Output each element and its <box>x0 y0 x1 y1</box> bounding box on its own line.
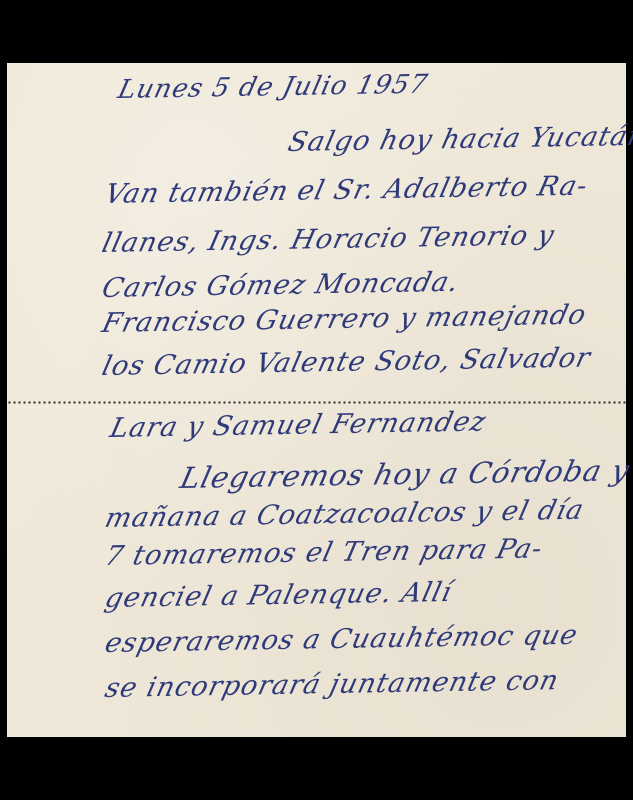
handwritten-line-10: mañana a Coatzacoalcos y el día <box>102 495 587 534</box>
handwritten-line-13: esperaremos a Cuauhtémoc que <box>102 620 581 659</box>
handwritten-line-6: Francisco Guerrero y manejando <box>99 300 590 339</box>
date-line: Lunes 5 de Julio 1957 <box>115 70 431 105</box>
handwritten-line-5: Carlos Gómez Moncada. <box>99 267 462 304</box>
handwritten-line-2: Salgo hoy hacia Yucatán. <box>285 121 633 158</box>
handwritten-line-7: los Camio Valente Soto, Salvador <box>99 343 594 382</box>
handwritten-line-11: 7 tomaremos el Tren para Pa- <box>102 533 546 572</box>
fold-perforation-line <box>7 401 626 404</box>
scan-background: Lunes 5 de Julio 1957 Salgo hoy hacia Yu… <box>0 0 633 800</box>
handwritten-line-4: llanes, Ings. Horacio Tenorio y <box>99 220 558 259</box>
handwritten-line-14: se incorporará juntamente con <box>102 665 562 704</box>
top-perforated-edge <box>7 61 626 65</box>
handwritten-line-9: Llegaremos hoy a Córdoba y <box>177 453 633 495</box>
handwritten-line-12: genciel a Palenque. Allí <box>102 577 455 614</box>
handwritten-line-8: Lara y Samuel Fernandez <box>107 406 490 444</box>
letter-card: Lunes 5 de Julio 1957 Salgo hoy hacia Yu… <box>7 63 626 737</box>
handwritten-line-3: Van también el Sr. Adalberto Ra- <box>102 171 591 210</box>
